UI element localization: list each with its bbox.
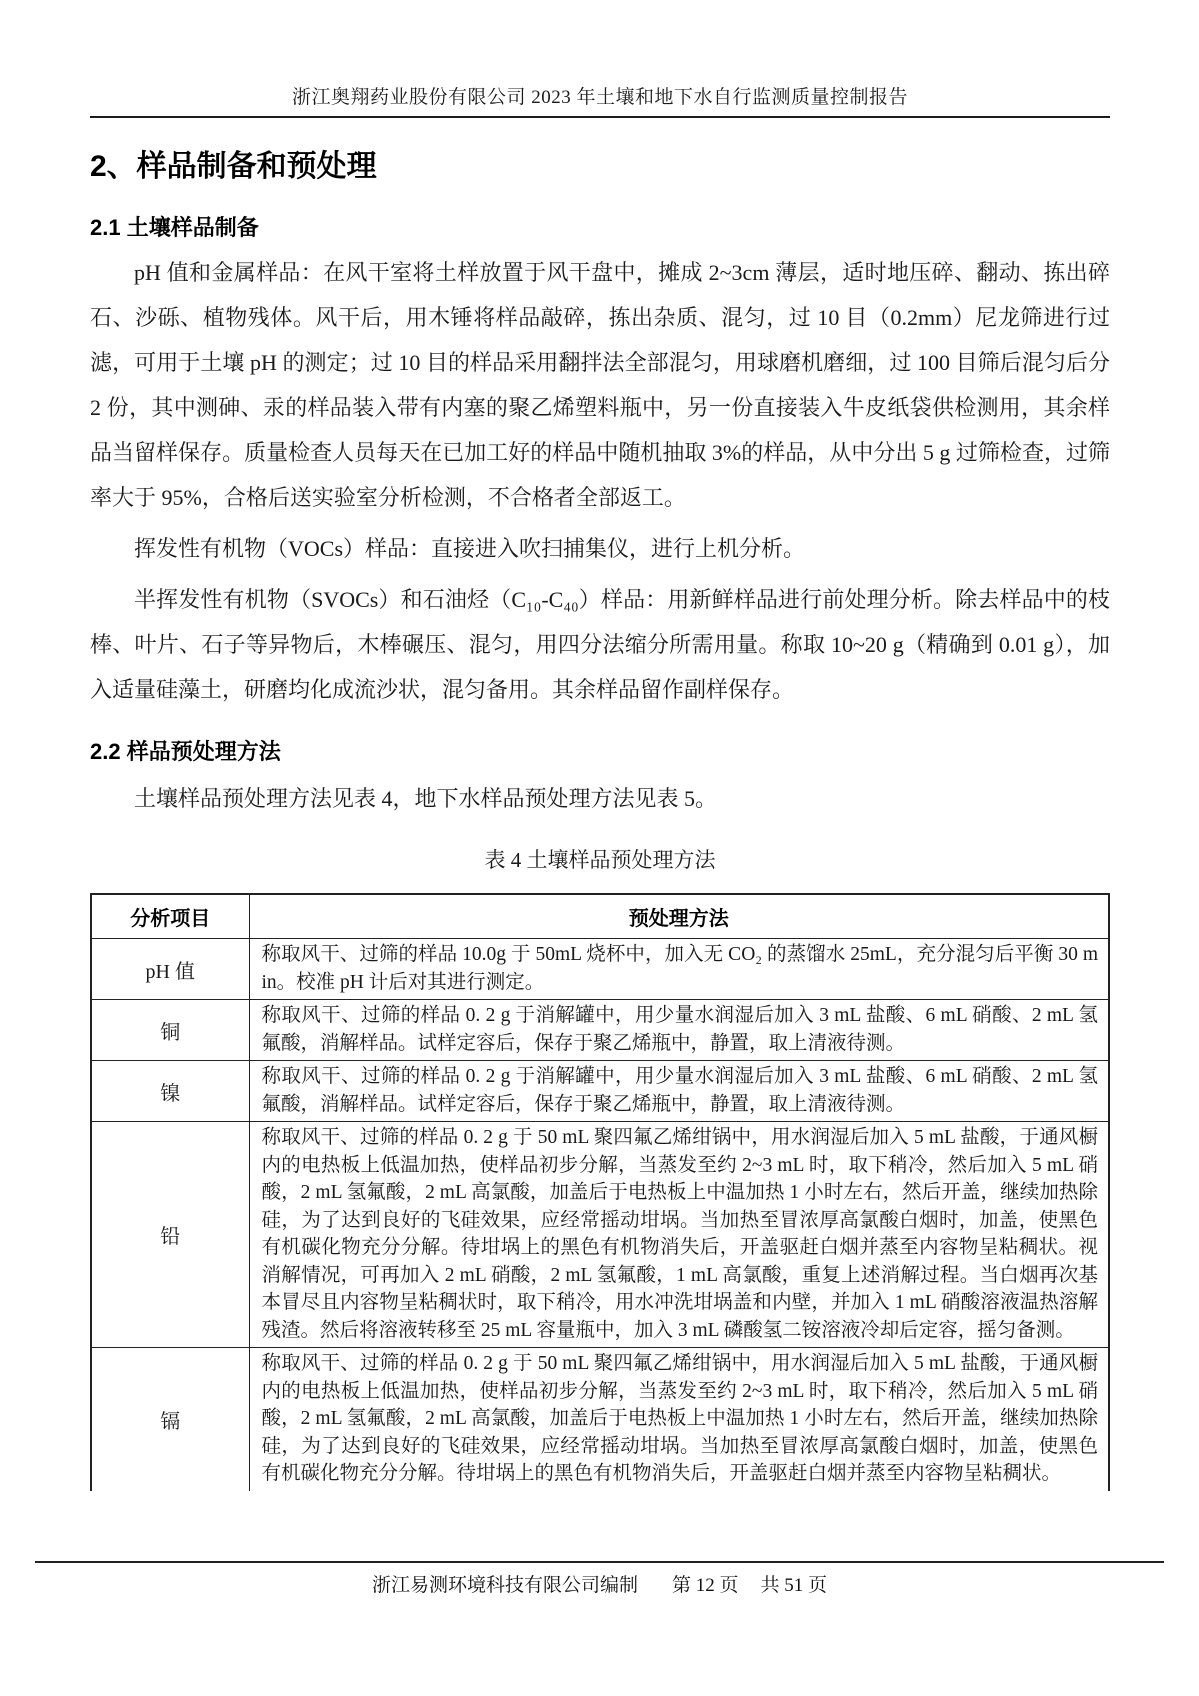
method-lead: 称取风干、过筛的样品 0. 2 g 于 50 mL 聚四氟乙烯绀锅中，用水润湿后…	[249, 1122, 1109, 1348]
method-ph: 称取风干、过筛的样品 10.0g 于 50mL 烧杯中，加入无 CO₂ 的蒸馏水…	[249, 939, 1109, 1000]
method-copper: 称取风干、过筛的样品 0. 2 g 于消解罐中，用少量水润湿后加入 3 mL 盐…	[249, 1000, 1109, 1061]
analysis-item-lead: 铅	[91, 1122, 249, 1348]
table-row: 镍 称取风干、过筛的样品 0. 2 g 于消解罐中，用少量水润湿后加入 3 mL…	[91, 1061, 1109, 1122]
paragraph-vocs-sample: 挥发性有机物（VOCs）样品：直接进入吹扫捕集仪，进行上机分析。	[90, 526, 1110, 571]
document-footer: 浙江易测环境科技有限公司编制第 12 页共 51 页	[35, 1561, 1164, 1597]
page-content: 浙江奥翔药业股份有限公司 2023 年土壤和地下水自行监测质量控制报告 2、样品…	[90, 0, 1110, 1491]
table-header-row: 分析项目 预处理方法	[91, 894, 1109, 939]
subsection-2-1-heading: 2.1 土壤样品制备	[90, 212, 1110, 244]
table-row: pH 值 称取风干、过筛的样品 10.0g 于 50mL 烧杯中，加入无 CO₂…	[91, 939, 1109, 1000]
table-4-caption: 表 4 土壤样品预处理方法	[90, 845, 1110, 875]
column-header-pretreatment-method: 预处理方法	[249, 894, 1109, 939]
table-4-container: 分析项目 预处理方法 pH 值 称取风干、过筛的样品 10.0g 于 50mL …	[90, 893, 1110, 1491]
analysis-item-ph: pH 值	[91, 939, 249, 1000]
paragraph-pretreatment-intro: 土壤样品预处理方法见表 4，地下水样品预处理方法见表 5。	[90, 776, 1110, 821]
analysis-item-copper: 铜	[91, 1000, 249, 1061]
document-page: { "page": { "header_title": "浙江奥翔药业股份有限公…	[0, 0, 1199, 1696]
section-title: 2、样品制备和预处理	[90, 146, 1110, 188]
method-nickel: 称取风干、过筛的样品 0. 2 g 于消解罐中，用少量水润湿后加入 3 mL 盐…	[249, 1061, 1109, 1122]
footer-total-pages: 共 51 页	[761, 1575, 828, 1596]
footer-publisher: 浙江易测环境科技有限公司编制	[372, 1575, 638, 1596]
paragraph-svocs-sample: 半挥发性有机物（SVOCs）和石油烃（C₁₀-C₄₀）样品：用新鲜样品进行前处理…	[90, 577, 1110, 712]
header-title: 浙江奥翔药业股份有限公司 2023 年土壤和地下水自行监测质量控制报告	[90, 82, 1110, 118]
method-cadmium: 称取风干、过筛的样品 0. 2 g 于 50 mL 聚四氟乙烯绀锅中，用水润湿后…	[249, 1348, 1109, 1492]
table-row: 镉 称取风干、过筛的样品 0. 2 g 于 50 mL 聚四氟乙烯绀锅中，用水润…	[91, 1348, 1109, 1492]
subsection-2-2-heading: 2.2 样品预处理方法	[90, 736, 1110, 768]
table-row: 铅 称取风干、过筛的样品 0. 2 g 于 50 mL 聚四氟乙烯绀锅中，用水润…	[91, 1122, 1109, 1348]
soil-pretreatment-table: 分析项目 预处理方法 pH 值 称取风干、过筛的样品 10.0g 于 50mL …	[90, 893, 1110, 1491]
footer-page-number: 第 12 页	[672, 1575, 739, 1596]
column-header-analysis-item: 分析项目	[91, 894, 249, 939]
analysis-item-cadmium: 镉	[91, 1348, 249, 1492]
analysis-item-nickel: 镍	[91, 1061, 249, 1122]
table-row: 铜 称取风干、过筛的样品 0. 2 g 于消解罐中，用少量水润湿后加入 3 mL…	[91, 1000, 1109, 1061]
paragraph-soil-sample-prep: pH 值和金属样品：在风干室将土样放置于风干盘中，摊成 2~3cm 薄层，适时地…	[90, 250, 1110, 520]
document-header: 浙江奥翔药业股份有限公司 2023 年土壤和地下水自行监测质量控制报告	[90, 0, 1110, 118]
